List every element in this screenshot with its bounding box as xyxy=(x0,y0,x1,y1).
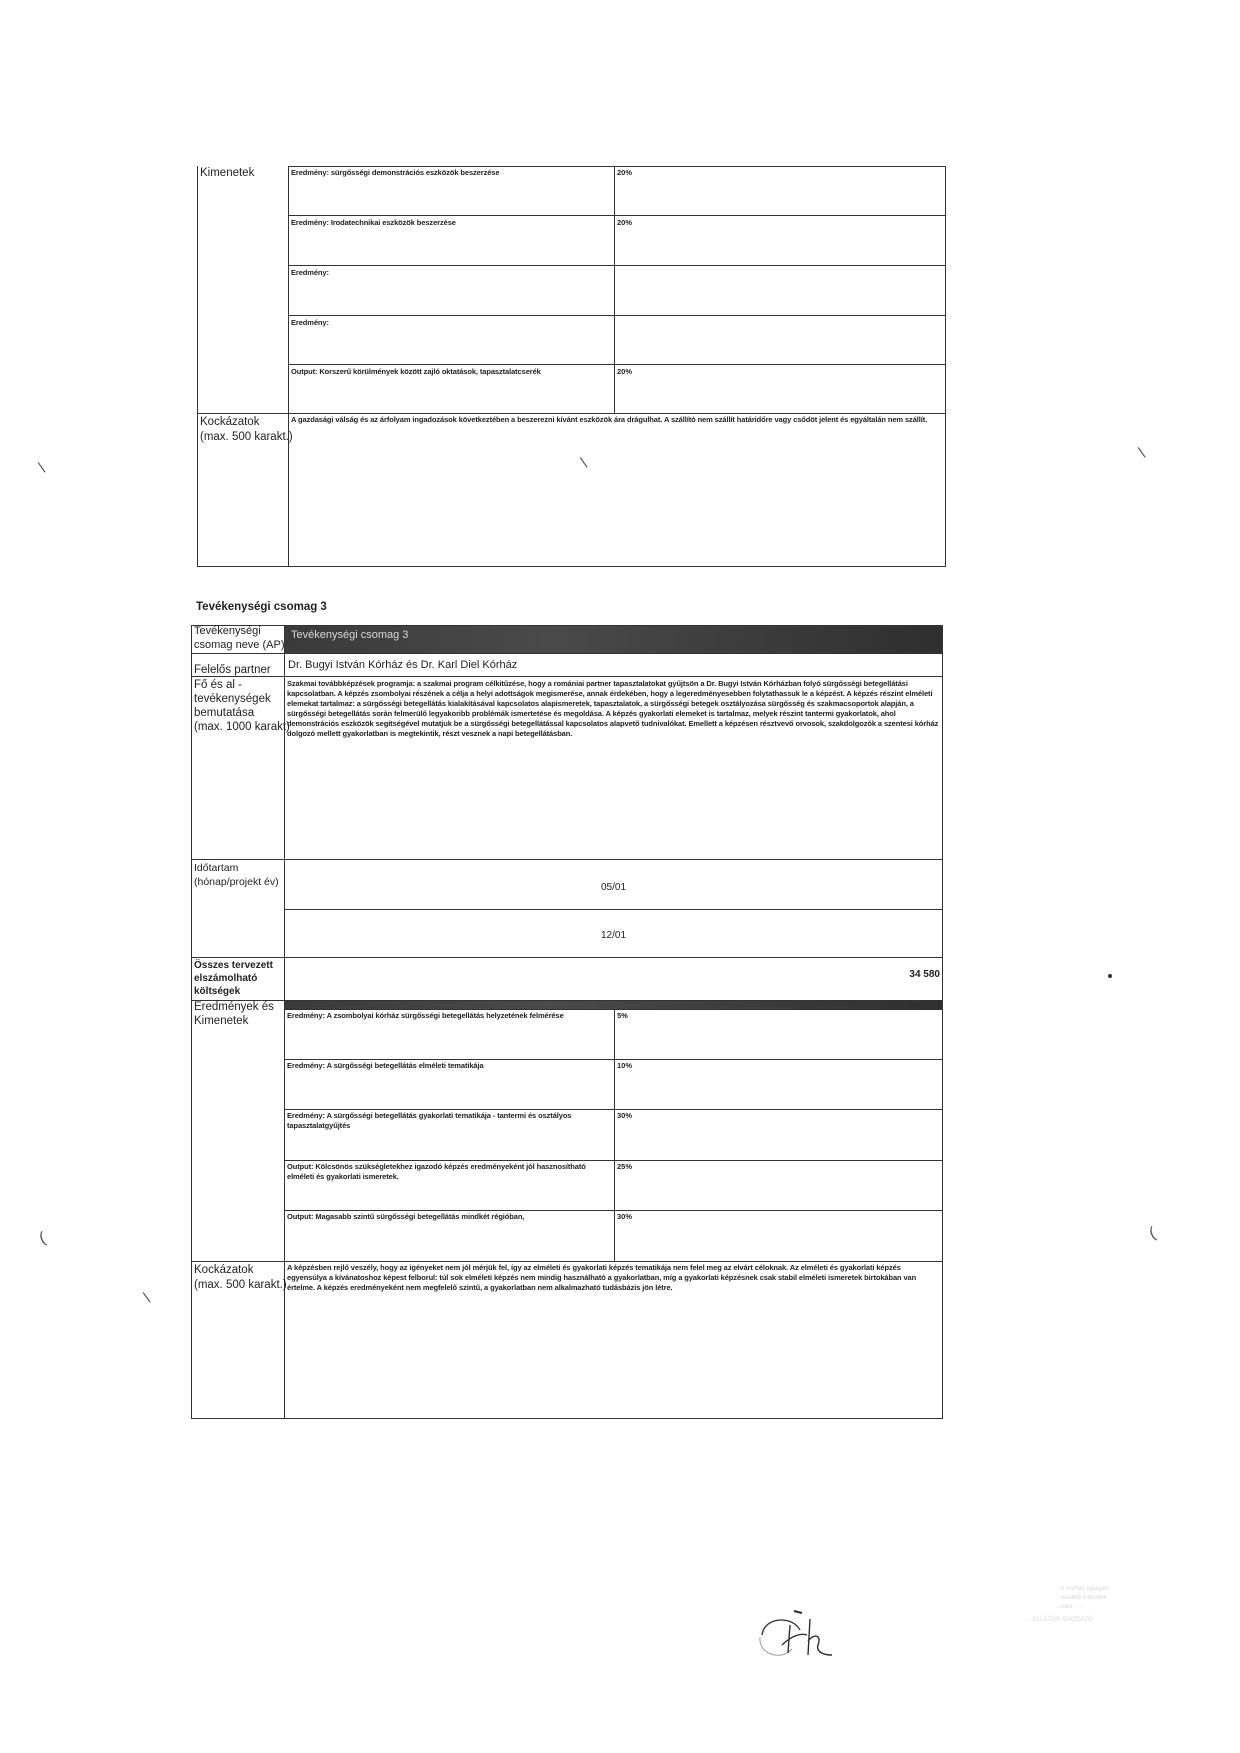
cost-label: Összes tervezett elszámolható költségek xyxy=(194,959,273,998)
stamp-line-3: …ntes, … xyxy=(1055,1603,1180,1612)
result-percent-2: 20% xyxy=(617,218,632,227)
scan-mark: ( xyxy=(37,1230,48,1249)
output-row-5: Output: Korszerű körülmények között zajl… xyxy=(291,367,541,377)
activities-label-line2: tevékenységek xyxy=(194,692,290,706)
activities-label-line1: Fő és al - xyxy=(194,678,290,692)
signature-icon xyxy=(752,1605,852,1665)
partner-value: Dr. Bugyi István Kórház és Dr. Karl Diel… xyxy=(288,658,517,673)
ap-risks-text: A képzésben rejlő veszély, hogy az igény… xyxy=(287,1263,939,1293)
result-row-1: Eredmény: sürgősségi demonstrációs eszkö… xyxy=(291,168,499,178)
ap-result-percent-2: 10% xyxy=(617,1061,632,1070)
activities-text: Szakmai továbbképzések programja: a szak… xyxy=(287,679,939,739)
section-title: Tevékenységi csomag 3 xyxy=(196,601,327,613)
ap-result-1: Eredmény: A zsombolyai kórház sürgősségi… xyxy=(287,1011,609,1021)
stamp-line-4: … ELLÁTÁSI IGAZGATÓ xyxy=(1025,1616,1180,1625)
result-percent-1: 20% xyxy=(617,168,632,177)
ap-output-percent-4: 25% xyxy=(617,1162,632,1171)
ap-output-5: Output: Magasabb szintű sürgősségi beteg… xyxy=(287,1212,609,1222)
duration-end: 12/01 xyxy=(285,930,942,941)
package-name-label-line2: csomag neve (AP) xyxy=(194,638,284,652)
scan-dot xyxy=(1108,974,1112,978)
risks-label-line1: Kockázatok xyxy=(200,415,293,430)
risks-text: A gazdasági válság és az árfolyam ingado… xyxy=(291,415,941,425)
outputs-label: Kimenetek xyxy=(200,166,254,181)
results-label-line2: Kimenetek xyxy=(194,1014,274,1028)
ap-result-percent-1: 5% xyxy=(617,1011,628,1020)
cost-label-line2: elszámolható xyxy=(194,972,273,985)
cost-value: 34 580 xyxy=(909,969,940,980)
package-name-bar: Tevékenységi csomag 3 xyxy=(285,626,942,653)
results-label-line1: Eredmények és xyxy=(194,1000,274,1014)
stamp: …ri Kórház Igazgató …rendelő intézetek …… xyxy=(1000,1585,1180,1625)
ap-risks-label: Kockázatok (max. 500 karakt.) xyxy=(194,1263,287,1293)
stamp-line-1: …ri Kórház Igazgató xyxy=(1055,1585,1180,1594)
scan-mark: \ xyxy=(142,1290,152,1308)
scan-mark: \ xyxy=(1137,445,1147,463)
ap-risks-label-line2: (max. 500 karakt.) xyxy=(194,1278,287,1293)
ap-output-percent-5: 30% xyxy=(617,1212,632,1221)
package-name-label: Tevékenységi csomag neve (AP) xyxy=(194,624,284,652)
output-percent-5: 20% xyxy=(617,367,632,376)
result-row-2: Eredmény: Irodatechnikai eszközök beszer… xyxy=(291,218,456,228)
activities-label-line4: (max. 1000 karakt) xyxy=(194,720,290,734)
cost-label-line1: Összes tervezett xyxy=(194,959,273,972)
scan-mark: \ xyxy=(579,455,589,473)
signature xyxy=(752,1605,852,1665)
results-header-bar xyxy=(285,1001,942,1009)
scan-mark: ( xyxy=(1147,1225,1158,1244)
risks-label-line2: (max. 500 karakt.) xyxy=(200,430,293,445)
ap-risks-label-line1: Kockázatok xyxy=(194,1263,287,1278)
cost-label-line3: költségek xyxy=(194,985,273,998)
activities-label: Fő és al - tevékenységek bemutatása (max… xyxy=(194,678,290,734)
duration-label-line1: Időtartam xyxy=(194,861,279,875)
package-name-label-line1: Tevékenységi xyxy=(194,624,284,638)
ap-output-4: Output: Kölcsönös szükségletekhez igazod… xyxy=(287,1162,609,1182)
activities-label-line3: bemutatása xyxy=(194,706,290,720)
result-row-3: Eredmény: xyxy=(291,268,329,278)
scan-mark: \ xyxy=(37,460,47,478)
ap-result-2: Eredmény: A sürgősségi betegellátás elmé… xyxy=(287,1061,609,1071)
duration-start: 05/01 xyxy=(285,882,942,893)
result-row-4: Eredmény: xyxy=(291,318,329,328)
ap-result-percent-3: 30% xyxy=(617,1111,632,1120)
stamp-line-2: …rendelő intézetek xyxy=(1055,1594,1180,1603)
package-name-value: Tevékenységi csomag 3 xyxy=(291,629,408,641)
ap-result-3: Eredmény: A sürgősségi betegellátás gyak… xyxy=(287,1111,609,1131)
results-label: Eredmények és Kimenetek xyxy=(194,1000,274,1028)
duration-label: Időtartam (hónap/projekt év) xyxy=(194,861,279,889)
risks-label: Kockázatok (max. 500 karakt.) xyxy=(200,415,293,445)
duration-label-line2: (hónap/projekt év) xyxy=(194,875,279,889)
